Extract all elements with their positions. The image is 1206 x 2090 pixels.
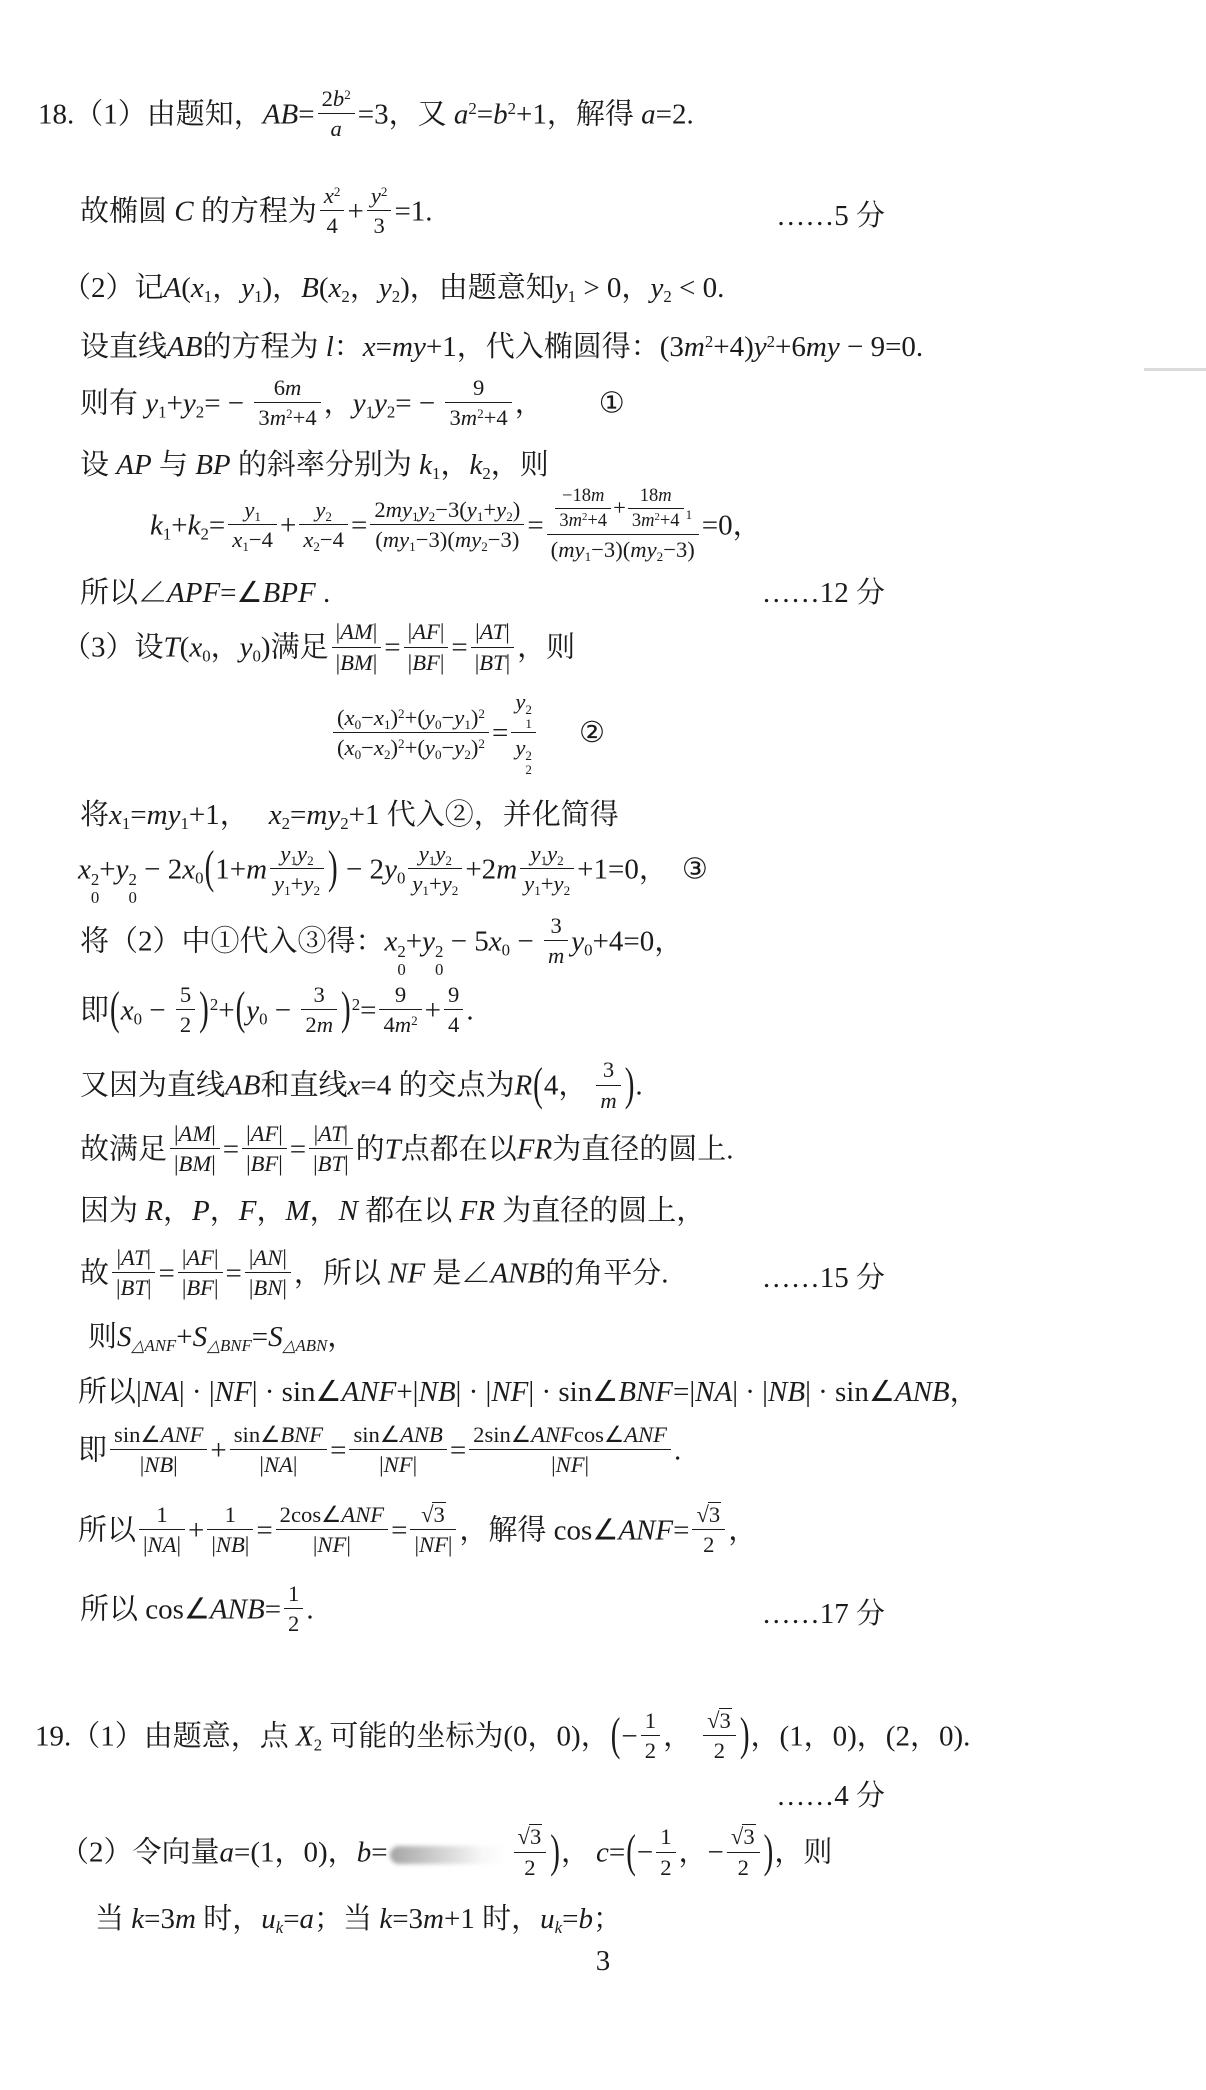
math-fraction: 32m — [301, 981, 337, 1038]
solution-line: 19.（1）由题意，点 X2 可能的坐标为(0，0)，(−12，√32)，(1，… — [0, 1710, 1206, 1767]
math-fraction: 3m — [596, 1056, 620, 1113]
line-content: 设直线AB的方程为 l：x=my+1，代入椭圆得：(3m2+4)y2+6my −… — [80, 324, 923, 365]
line-content: (x0−x1)2+(y0−y1)2(x0−x2)2+(y0−y2)2=y21y2… — [330, 691, 605, 780]
line-content: 又因为直线AB和直线x=4 的交点为R(4，3m). — [80, 1059, 643, 1116]
math-fraction: sin∠ANF|NB| — [110, 1421, 207, 1478]
math-fraction: |AN||BN| — [245, 1244, 291, 1301]
page-number: 3 — [0, 1945, 1206, 1978]
solution-line: 将（2）中①代入③得：x20+y20 − 5x0 − 3my0+4=0， — [0, 915, 1206, 979]
line-content: 18.（1）由题知，AB=2b2a=3，又 a2=b2+1，解得 a=2. — [38, 88, 694, 145]
solution-line: 设 AP 与 BP 的斜率分别为 k1，k2，则 — [0, 442, 1206, 483]
math-fraction: y1x1−4 — [228, 496, 277, 553]
radical-icon: √ — [707, 1708, 718, 1733]
solution-line: 设直线AB的方程为 l：x=my+1，代入椭圆得：(3m2+4)y2+6my −… — [0, 324, 1206, 365]
solution-line: 即sin∠ANF|NB|+sin∠BNF|NA|=sin∠ANB|NF|=2si… — [0, 1424, 1206, 1481]
solution-line: 所以∠APF=∠BPF .……12 分 — [0, 570, 885, 611]
line-content: 即(x0 − 52)2+(y0 − 32m)2=94m2+94. — [80, 984, 474, 1041]
math-fraction: 93m2+4 — [445, 374, 511, 431]
math-fraction: √32 — [514, 1823, 547, 1880]
math-fraction: y23 — [367, 182, 392, 239]
line-content: 即sin∠ANF|NB|+sin∠BNF|NA|=sin∠ANB|NF|=2si… — [78, 1424, 681, 1481]
solution-line: 18.（1）由题知，AB=2b2a=3，又 a2=b2+1，解得 a=2. — [0, 88, 1206, 145]
score-mark: ……5 分 — [776, 193, 885, 234]
score-mark: ……12 分 — [762, 570, 885, 611]
line-content: 所以∠APF=∠BPF . — [80, 570, 330, 611]
math-fraction: (x0−x1)2+(y0−y1)2(x0−x2)2+(y0−y2)2 — [333, 704, 489, 761]
solution-line: 即(x0 − 52)2+(y0 − 32m)2=94m2+94. — [0, 984, 1206, 1041]
solution-line: 故椭圆 C 的方程为x24+y23=1.……5 分 — [0, 185, 885, 242]
line-content: 当 k=3m 时，uk=a；当 k=3m+1 时，uk=b； — [95, 1896, 622, 1937]
solution-line: 所以|NA| · |NF| · sin∠ANF+|NB| · |NF| · si… — [0, 1369, 1206, 1410]
line-content: 则有 y1+y2= − 6m3m2+4，y1y2= − 93m2+4，① — [80, 377, 625, 434]
math-fraction: |AT||BT| — [112, 1244, 155, 1301]
solution-line: 故满足|AM||BM|=|AF||BF|=|AT||BT|的T点都在以FR为直径… — [0, 1123, 1206, 1180]
solution-line: 又因为直线AB和直线x=4 的交点为R(4，3m). — [0, 1059, 1206, 1116]
math-fraction: |AT||BT| — [471, 618, 514, 675]
math-fraction: 94m2 — [379, 981, 421, 1038]
math-fraction: √32 — [703, 1707, 736, 1764]
solution-line: 因为 R，P，F，M，N 都在以 FR 为直径的圆上， — [0, 1188, 1206, 1229]
score-mark: ……17 分 — [762, 1591, 885, 1632]
line-content: 故满足|AM||BM|=|AF||BF|=|AT||BT|的T点都在以FR为直径… — [80, 1123, 733, 1180]
math-fraction: 2cos∠ANF|NF| — [276, 1501, 388, 1558]
score-mark: ……15 分 — [762, 1255, 885, 1296]
line-content: 则S△ANF+S△BNF=S△ABN， — [88, 1314, 356, 1355]
line-content: 将（2）中①代入③得：x20+y20 − 5x0 − 3my0+4=0， — [80, 915, 683, 979]
document-page: 18.（1）由题知，AB=2b2a=3，又 a2=b2+1，解得 a=2.故椭圆… — [0, 0, 1206, 2090]
math-fraction: |AF||BF| — [242, 1120, 287, 1177]
solution-line: 将x1=my1+1，x2=my2+1 代入②，并化简得 — [0, 792, 1206, 833]
line-content: 将x1=my1+1，x2=my2+1 代入②，并化简得 — [80, 792, 619, 833]
math-fraction: √32 — [692, 1501, 725, 1558]
line-content: 设 AP 与 BP 的斜率分别为 k1，k2，则 — [80, 442, 549, 483]
math-fraction: 1|NA| — [139, 1501, 185, 1558]
math-fraction: √32 — [727, 1823, 760, 1880]
math-fraction: |AT||BT| — [309, 1120, 352, 1177]
math-fraction: y1y2y1+y2 — [408, 840, 462, 897]
solution-line: 故|AT||BT|=|AF||BF|=|AN||BN|，所以 NF 是∠ANB的… — [0, 1247, 885, 1304]
solution-line: 所以 cos∠ANB=12.……17 分 — [0, 1583, 885, 1640]
math-fraction: y1y2y1+y2 — [270, 840, 324, 897]
solution-line: ……4 分 — [0, 1773, 885, 1814]
radical-icon: √ — [421, 1502, 432, 1527]
line-content: k1+k2=y1x1−4+y2x2−4=2my1y2−3(y1+y2)(my1−… — [150, 489, 762, 567]
line-content: 所以1|NA|+1|NB|=2cos∠ANF|NF|=√3|NF|，解得 cos… — [78, 1504, 757, 1561]
math-fraction: x24 — [320, 182, 345, 239]
math-fraction: −18m3m2+4 — [555, 485, 611, 533]
radical-icon: √ — [696, 1502, 707, 1527]
solution-line: 所以1|NA|+1|NB|=2cos∠ANF|NF|=√3|NF|，解得 cos… — [0, 1504, 1206, 1561]
scan-artifact — [1144, 368, 1206, 371]
math-fraction: 94 — [444, 981, 463, 1038]
math-fraction: 2sin∠ANFcos∠ANF|NF| — [469, 1421, 671, 1478]
math-fraction: 3m — [544, 912, 568, 969]
solution-line: k1+k2=y1x1−4+y2x2−4=2my1y2−3(y1+y2)(my1−… — [0, 489, 1206, 567]
math-fraction: 6m3m2+4 — [254, 374, 320, 431]
line-content: x20+y20 − 2x0(1+my1y2y1+y2) − 2y0y1y2y1+… — [78, 843, 708, 907]
math-fraction: 12 — [284, 1580, 303, 1637]
solution-line: x20+y20 − 2x0(1+my1y2y1+y2) − 2y0y1y2y1+… — [0, 843, 1206, 907]
math-fraction: 1|NB| — [207, 1501, 253, 1558]
line-content: （3）设T(x0，y0)满足|AM||BM|=|AF||BF|=|AT||BT|… — [62, 621, 575, 678]
math-fraction: |AF||BF| — [404, 618, 449, 675]
math-fraction: |AF||BF| — [178, 1244, 223, 1301]
math-fraction: 18m3m2+4 — [628, 485, 684, 533]
solution-line: （2）令向量a=(1，0)，b=√32)，c=(−12，−√32)，则 — [0, 1826, 1206, 1883]
math-fraction: 12 — [656, 1823, 675, 1880]
math-fraction: |AM||BM| — [332, 618, 382, 675]
score-mark: ……4 分 — [776, 1773, 885, 1814]
solution-line: 则S△ANF+S△BNF=S△ABN， — [0, 1314, 1206, 1355]
smudge-artifact — [390, 1846, 505, 1864]
line-content: 所以|NA| · |NF| · sin∠ANF+|NB| · |NF| · si… — [78, 1369, 979, 1410]
line-content: 因为 R，P，F，M，N 都在以 FR 为直径的圆上， — [80, 1188, 705, 1229]
math-fraction: −18m3m2+4+18m3m2+41(my1−3)(my2−3) — [547, 486, 699, 564]
math-fraction: sin∠ANB|NF| — [349, 1421, 446, 1478]
line-content: 19.（1）由题意，点 X2 可能的坐标为(0，0)，(−12，√32)，(1，… — [35, 1710, 970, 1767]
math-fraction: 2my1y2−3(y1+y2)(my1−3)(my2−3) — [370, 496, 524, 553]
math-fraction: |AM||BM| — [170, 1120, 220, 1177]
math-fraction: 2b2a — [318, 85, 355, 142]
math-fraction: y2x2−4 — [299, 496, 348, 553]
math-fraction: sin∠BNF|NA| — [230, 1421, 327, 1478]
solution-line: 则有 y1+y2= − 6m3m2+4，y1y2= − 93m2+4，① — [0, 377, 1206, 434]
math-fraction: 12 — [641, 1707, 660, 1764]
math-fraction: y21y22 — [511, 688, 536, 777]
line-content: （2）令向量a=(1，0)，b=√32)，c=(−12，−√32)，则 — [60, 1826, 832, 1883]
line-content: 故椭圆 C 的方程为x24+y23=1. — [80, 185, 433, 242]
solution-line: 当 k=3m 时，uk=a；当 k=3m+1 时，uk=b； — [0, 1896, 1206, 1937]
math-fraction: 52 — [176, 981, 195, 1038]
line-content: 故|AT||BT|=|AF||BF|=|AN||BN|，所以 NF 是∠ANB的… — [80, 1247, 668, 1304]
solution-line: (x0−x1)2+(y0−y1)2(x0−x2)2+(y0−y2)2=y21y2… — [0, 691, 1206, 780]
solution-lines: 18.（1）由题知，AB=2b2a=3，又 a2=b2+1，解得 a=2.故椭圆… — [0, 0, 1206, 1937]
radical-icon: √ — [731, 1824, 742, 1849]
solution-line: （2）记A(x1，y1)，B(x2，y2)，由题意知y1 > 0，y2 < 0. — [0, 265, 1206, 306]
line-content: 所以 cos∠ANB=12. — [80, 1583, 314, 1640]
line-content: （2）记A(x1，y1)，B(x2，y2)，由题意知y1 > 0，y2 < 0. — [62, 265, 724, 306]
math-fraction: y1y2y1+y2 — [520, 840, 574, 897]
radical-icon: √ — [518, 1824, 529, 1849]
math-fraction: √3|NF| — [410, 1501, 456, 1558]
solution-line: （3）设T(x0，y0)满足|AM||BM|=|AF||BF|=|AT||BT|… — [0, 621, 1206, 678]
